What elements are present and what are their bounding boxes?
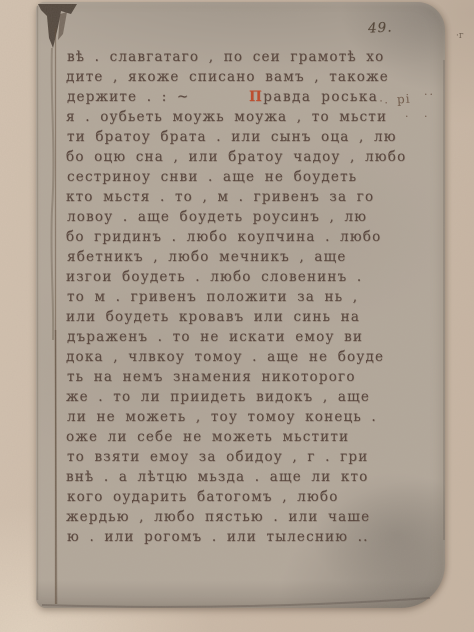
manuscript-line-text: держите . : ~ xyxy=(67,89,189,105)
manuscript-line: или боудеть кровавъ или синь на xyxy=(66,307,422,327)
manuscript-line: бо оцю сна , или братоу чадоу , любо xyxy=(66,147,422,167)
manuscript-line: дите , якоже списано вамъ , такоже xyxy=(66,67,422,87)
manuscript-line: сестриноу снви . аще не боудеть xyxy=(67,167,422,187)
manuscript-text: вѣ . славгатаго , по сеи грамотѣ хо дите… xyxy=(66,47,422,547)
manuscript-line: ябетникъ , любо мечникъ , аще xyxy=(67,247,422,267)
manuscript-line: жердью , любо пястью . или чаше xyxy=(66,507,422,527)
manuscript-line: кто мьстя . то , м . гривенъ за го xyxy=(66,187,422,207)
manuscript-line-with-heading: держите . : ~ Правда роська xyxy=(67,87,422,107)
folio-dot-below: · · xyxy=(405,110,434,123)
manuscript-line: бо гридинъ . любо коупчина . любо xyxy=(66,227,422,247)
manuscript-line: дока , члвкоу томоу . аще не боуде xyxy=(66,347,422,367)
manuscript-line: изгои боудеть . любо словенинъ . xyxy=(66,267,422,287)
manuscript-line: внѣ . а лѣтцю мьзда . аще ли кто xyxy=(66,467,422,487)
page-number: 49. xyxy=(368,19,393,36)
manuscript-line: ли не можеть , тоу томоу конець . xyxy=(67,407,422,427)
manuscript-line: то взяти емоу за обидоу , г . гри xyxy=(67,447,422,467)
manuscript-line: дъраженъ . то не искати емоу ви xyxy=(67,327,422,347)
edge-mark: ·г xyxy=(456,31,464,41)
manuscript-line: оже ли себе не можеть мьстити xyxy=(66,427,422,447)
manuscript-line: то м . гривенъ положити за нь , xyxy=(67,287,422,307)
rubric-initial: П xyxy=(249,89,263,105)
manuscript-line: я . оубьеть моужь моужа , то мьсти xyxy=(66,107,422,127)
manuscript-line: вѣ . славгатаго , по сеи грамотѣ хо xyxy=(67,47,422,67)
manuscript-line: ть на немъ знамения никоторого xyxy=(67,367,422,387)
folio-margin-mark: рі xyxy=(397,92,411,107)
heading-rest: равда роська xyxy=(263,89,378,105)
pravda-heading: Правда роська xyxy=(249,87,378,107)
manuscript-line: кого оударить батогомъ , любо xyxy=(67,487,422,507)
manuscript-line: ю . или рогомъ . или тылеснию .. xyxy=(67,527,422,547)
manuscript-line: же . то ли приидеть видокъ , аще xyxy=(66,387,422,407)
manuscript-line: ти братоу брата . или сынъ оца , лю xyxy=(67,127,422,147)
manuscript-line: ловоу . аще боудеть роусинъ , лю xyxy=(67,207,422,227)
folio-dots-right: ·· xyxy=(424,88,435,101)
manuscript-photo: вѣ . славгатаго , по сеи грамотѣ хо дите… xyxy=(0,0,474,632)
